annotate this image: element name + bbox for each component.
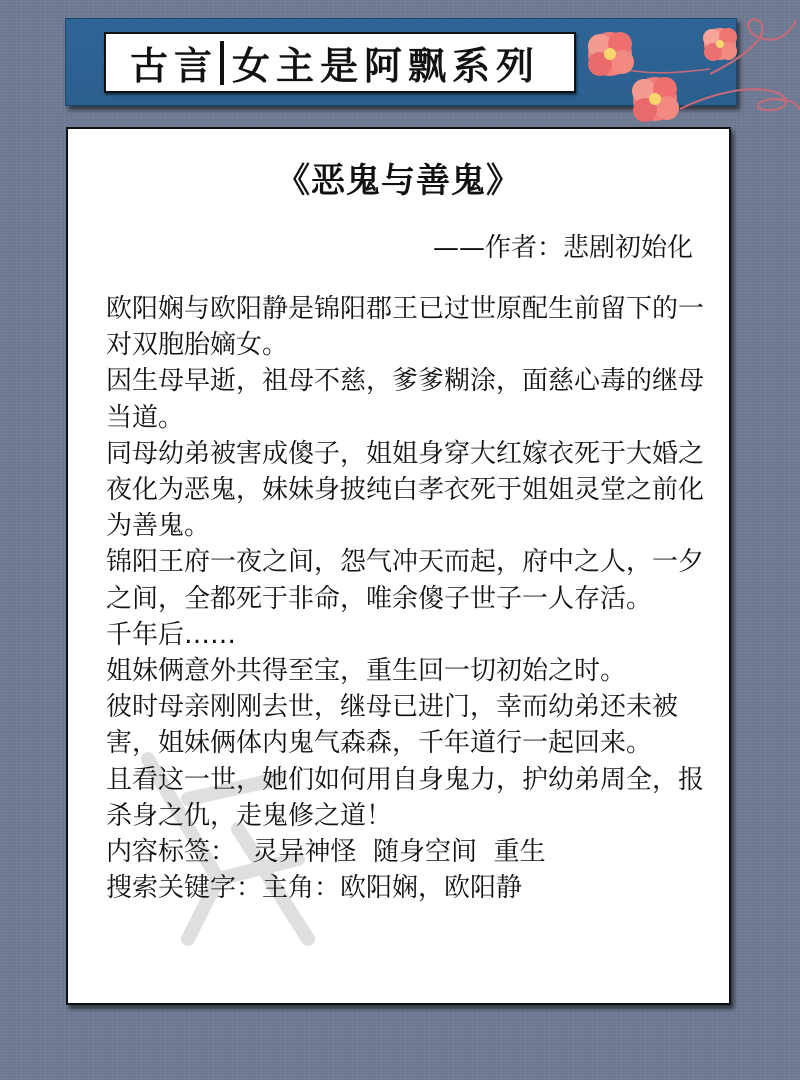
search-keywords: 搜索关键字：主角：欧阳娴，欧阳静	[106, 870, 716, 906]
synopsis-paragraph: 姐妹俩意外共得至宝，重生回一切初始之时。	[106, 653, 716, 689]
category-label: 古言	[130, 35, 218, 90]
synopsis-paragraph: 彼时母亲刚刚去世，继母已进门，幸而幼弟还未被害，姐妹俩体内鬼气森森，千年道行一起…	[106, 689, 716, 761]
synopsis-body: 欧阳娴与欧阳静是锦阳郡王已过世原配生前留下的一对双胞胎嫡女。 因生母早逝，祖母不…	[106, 291, 716, 906]
series-title: 古言 女主是阿飘系列	[106, 35, 540, 90]
synopsis-paragraph: 因生母早逝，祖母不慈，爹爹糊涂，面慈心毒的继母当道。	[106, 363, 716, 435]
book-title: 《恶鬼与善鬼》	[68, 153, 729, 202]
series-title-box: 古言 女主是阿飘系列	[104, 32, 576, 93]
synopsis-paragraph: 千年后……	[106, 617, 716, 653]
synopsis-paragraph: 欧阳娴与欧阳静是锦阳郡王已过世原配生前留下的一对双胞胎嫡女。	[106, 291, 716, 363]
flower-decoration-icon	[560, 14, 800, 134]
series-name: 女主是阿飘系列	[232, 35, 540, 90]
content-tags: 内容标签： 灵异神怪 随身空间 重生	[106, 834, 716, 870]
title-separator	[220, 41, 224, 85]
synopsis-card: 《恶鬼与善鬼》 ——作者：悲剧初始化 欧阳娴与欧阳静是锦阳郡王已过世原配生前留下…	[66, 127, 731, 1005]
author-line: ——作者：悲剧初始化	[433, 227, 693, 264]
synopsis-paragraph: 且看这一世，她们如何用自身鬼力，护幼弟周全，报杀身之仇，走鬼修之道！	[106, 762, 716, 834]
synopsis-paragraph: 锦阳王府一夜之间，怨气冲天而起，府中之人，一夕之间，全都死于非命，唯余傻子世子一…	[106, 544, 716, 616]
synopsis-paragraph: 同母幼弟被害成傻子，姐姐身穿大红嫁衣死于大婚之夜化为恶鬼，妹妹身披纯白孝衣死于姐…	[106, 436, 716, 545]
